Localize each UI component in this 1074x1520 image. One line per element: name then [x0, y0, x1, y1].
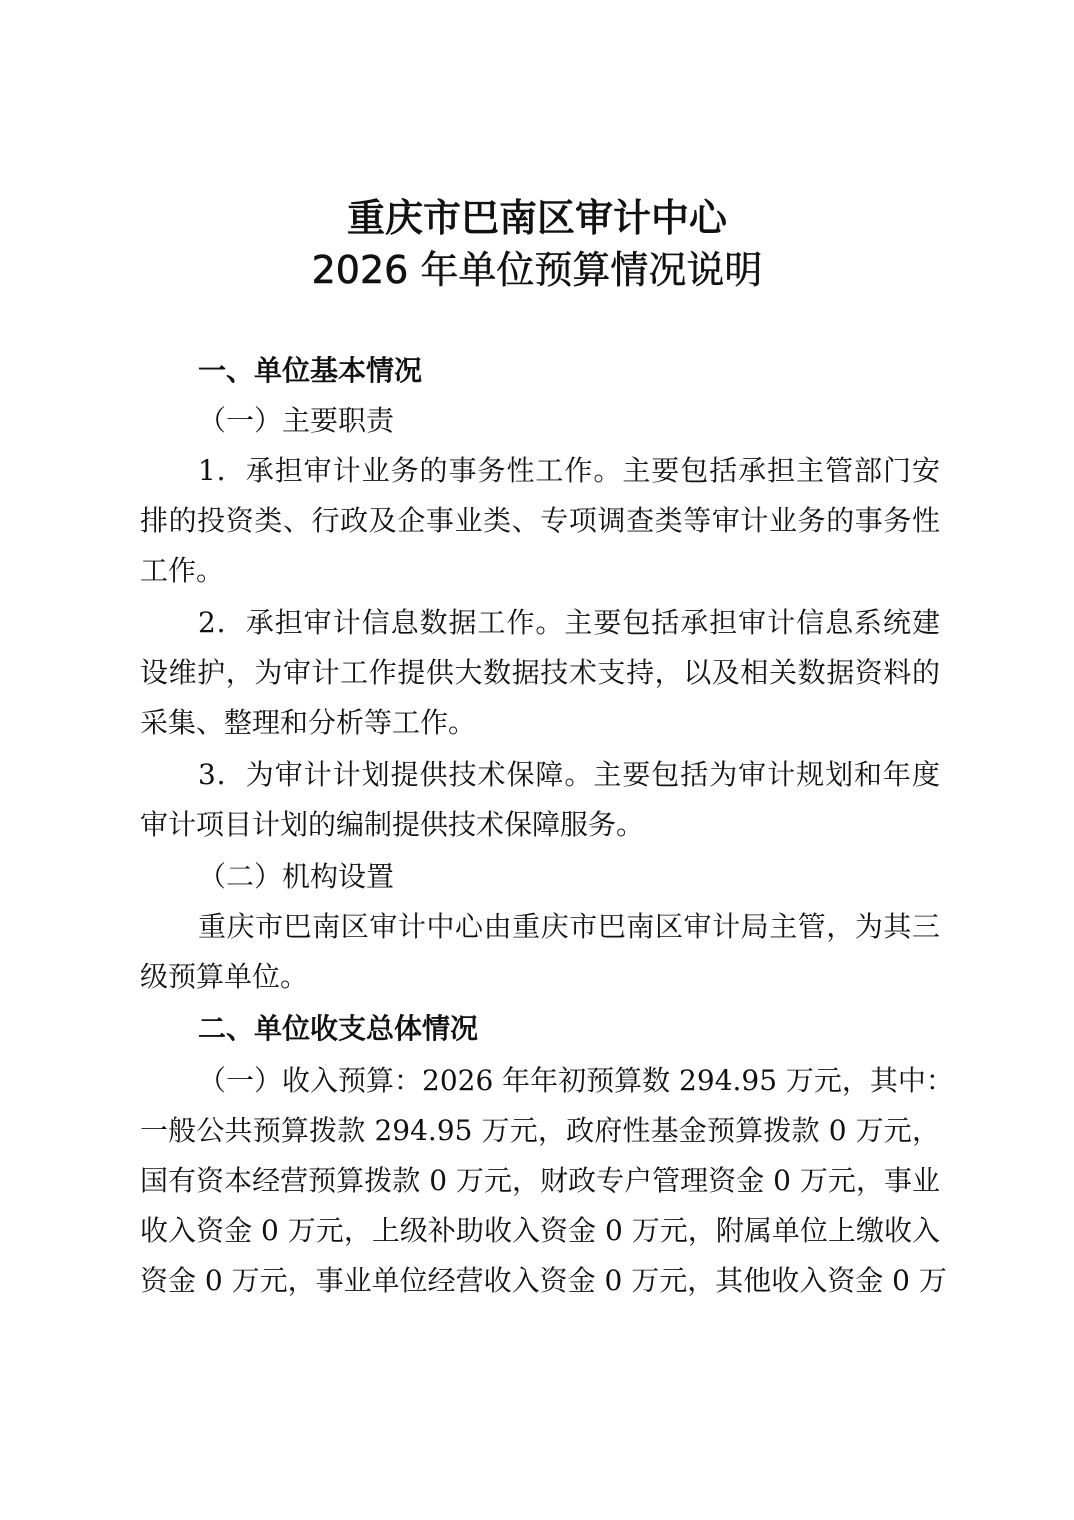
paragraph-line: 国有资本经营预算拨款 0 万元，财政专户管理资金 0 万元，事业 — [140, 1156, 940, 1206]
paragraph-line: 审计项目计划的编制提供技术保障服务。 — [140, 800, 940, 850]
paragraph-line: 3．为审计计划提供技术保障。主要包括为审计规划和年度 — [198, 750, 940, 800]
paragraph-line: 级预算单位。 — [140, 952, 940, 1002]
paragraph-line: 设维护，为审计工作提供大数据技术支持，以及相关数据资料的 — [140, 648, 940, 698]
paragraph-line: 资金 0 万元，事业单位经营收入资金 0 万元，其他收入资金 0 万 — [140, 1256, 940, 1306]
paragraph-line: 重庆市巴南区审计中心由重庆市巴南区审计局主管，为其三 — [198, 902, 940, 952]
paragraph-line: 排的投资类、行政及企事业类、专项调查类等审计业务的事务性 — [140, 496, 940, 546]
paragraph-line: （一）收入预算：2026 年年初预算数 294.95 万元，其中： — [198, 1056, 940, 1106]
paragraph-line: 收入资金 0 万元，上级补助收入资金 0 万元，附属单位上缴收入 — [140, 1206, 940, 1256]
document-title-line2: 2026 年单位预算情况说明 — [0, 244, 1074, 296]
subsection-heading-duties: （一）主要职责 — [198, 396, 940, 446]
section-heading-1: 一、单位基本情况 — [198, 346, 940, 396]
paragraph-line: 工作。 — [140, 546, 940, 596]
document-page: 重庆市巴南区审计中心 2026 年单位预算情况说明 一、单位基本情况 （一）主要… — [0, 0, 1074, 1520]
subsection-heading-organization: （二）机构设置 — [198, 852, 940, 902]
section-heading-2: 二、单位收支总体情况 — [198, 1004, 940, 1054]
document-title-line1: 重庆市巴南区审计中心 — [0, 192, 1074, 244]
paragraph-line: 2．承担审计信息数据工作。主要包括承担审计信息系统建 — [198, 598, 940, 648]
paragraph-line: 采集、整理和分析等工作。 — [140, 698, 940, 748]
paragraph-line: 一般公共预算拨款 294.95 万元，政府性基金预算拨款 0 万元， — [140, 1106, 940, 1156]
paragraph-line: 1．承担审计业务的事务性工作。主要包括承担主管部门安 — [198, 446, 940, 496]
